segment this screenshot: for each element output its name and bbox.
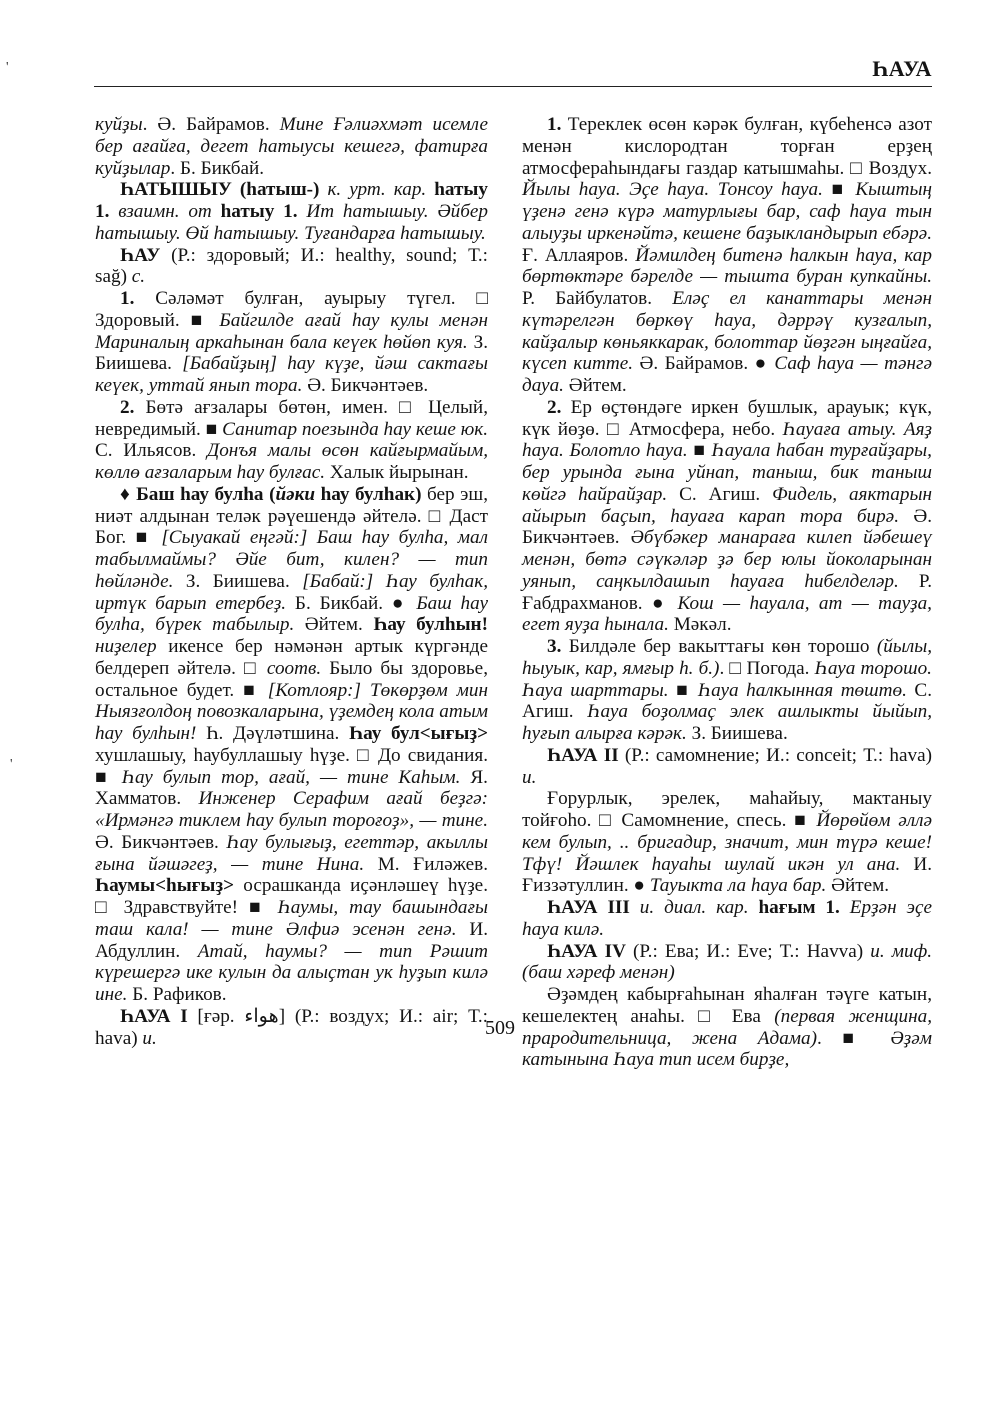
dictionary-entry-bash-hau: ♦ Баш һау булһа (йәки һау булһак) бер эш… [95,484,488,1006]
dictionary-entry-haua-1-1: 1. Тереклек өсөн кәрәк булған, күбеһенсә… [522,114,932,397]
dictionary-entry-haua-2-def: Ғорурлык, эрелек, маһайыу, мактаныу тойғ… [522,788,932,897]
dictionary-entry-haua-2: ҺАУА II (Р.: самомнение; И.: conceit; Т.… [522,745,932,789]
margin-mark-middle: ' [10,757,13,773]
right-column: 1. Тереклек өсөн кәрәк булған, күбеһенсә… [522,114,932,1071]
margin-mark-top: ' [6,60,9,76]
dictionary-entry-hau-1: 1. Сәләмәт булған, ауырыу түгел. □ Здоро… [95,288,488,397]
dictionary-entry-cont: куйҙы. Ә. Байрамов. Мине Ғәлиәхмәт исемл… [95,114,488,179]
running-head: ҺАУА [872,56,932,82]
header-rule [94,86,932,87]
dictionary-entry-haua-4: ҺАУА IV (Р.: Ева; И.: Eve; Т.: Havva) и.… [522,941,932,985]
dictionary-entry-hatyshyu: ҺАТЫШЫУ (һатыш-) к. урт. кар. һатыу 1. в… [95,179,488,244]
dictionary-entry-haua-3: ҺАУА III и. диал. кар. һағым 1. Ерҙән эҫ… [522,897,932,941]
dictionary-entry-haua-1-3: 3. Билдәле бер вакыттағы көн торошо (йыл… [522,636,932,745]
dictionary-entry-hau-2: 2. Бөтә ағзалары бөтөн, имен. □ Целый, н… [95,397,488,484]
dictionary-entry-haua-1-2: 2. Ер өҫтөндәге иркен бушлык, арауык; кү… [522,397,932,636]
left-column: куйҙы. Ә. Байрамов. Мине Ғәлиәхмәт исемл… [95,114,488,1049]
dictionary-entry-hau: ҺАУ (Р.: здоровый; И.: healthy, sound; Т… [95,245,488,289]
page-number: 509 [0,1017,1000,1040]
